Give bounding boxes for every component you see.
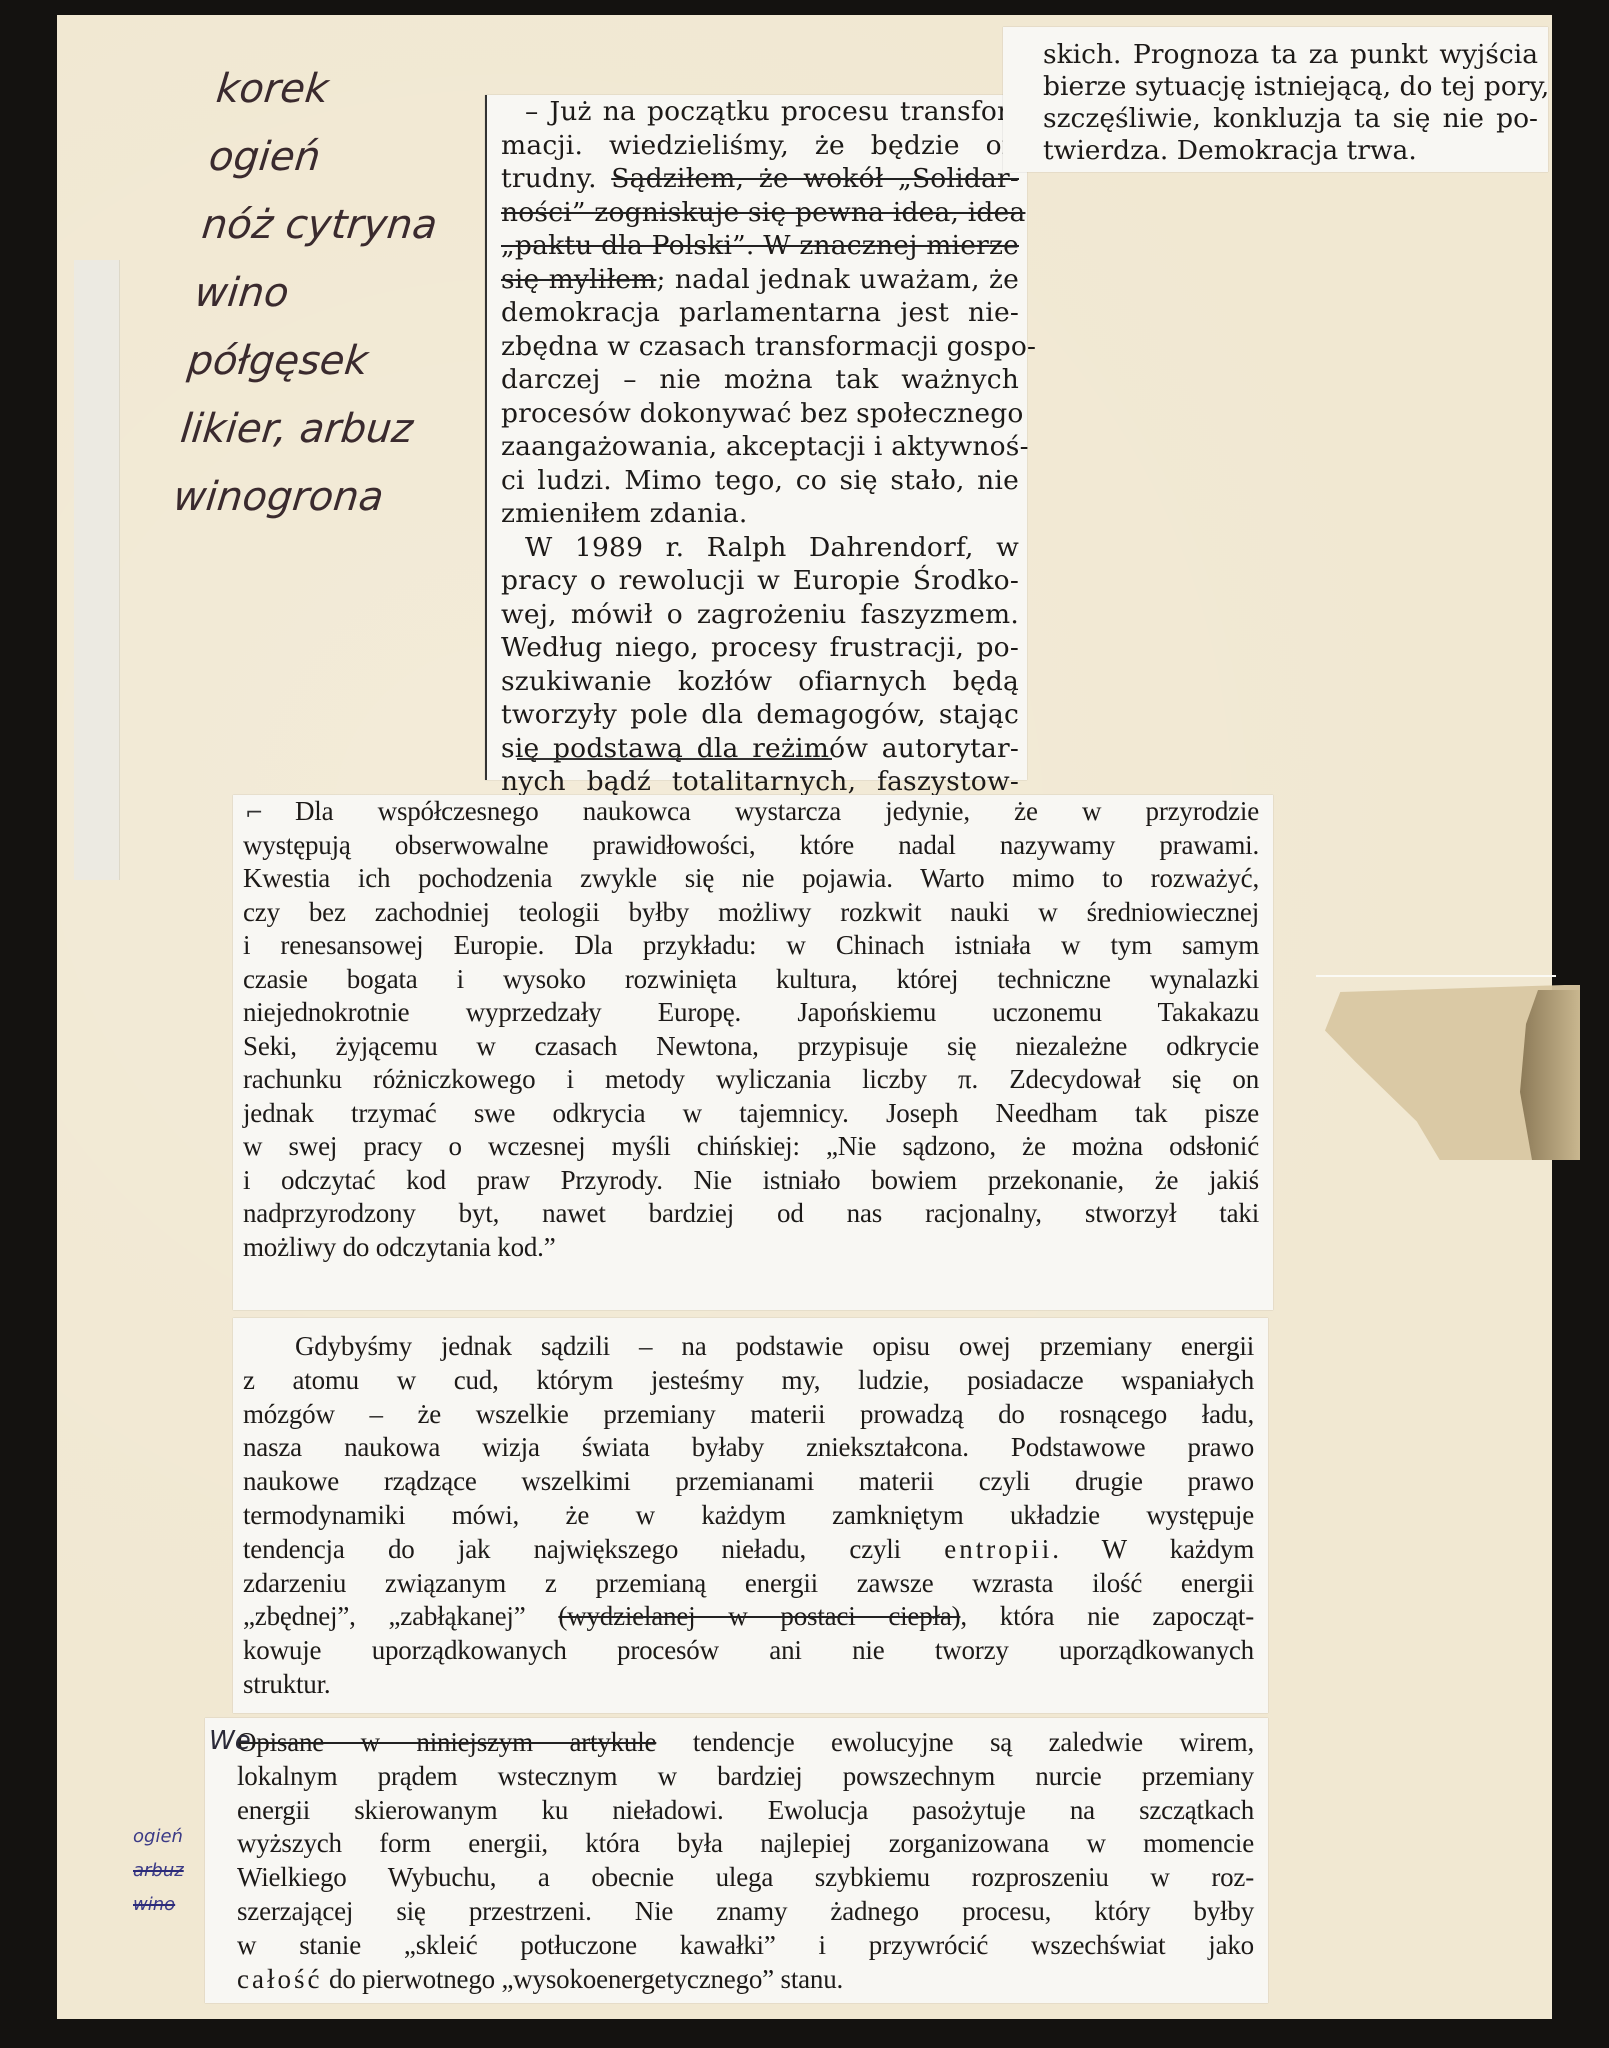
struck-text: Opisane w niniejszym artykule (237, 1727, 656, 1757)
text-line: procesów dokonywać bez społecznego (501, 397, 1019, 431)
text-line: trudny. Sądziłem, że wokół „Solidar- (501, 162, 1019, 196)
text-line: szerzającej się przestrzeni. Nie znamy ż… (237, 1895, 1254, 1929)
text-segment: . W każdym (1052, 1534, 1254, 1564)
column-end-rule (517, 758, 832, 760)
text-line: się myliłem; nadal jednak uważam, że (501, 263, 1019, 297)
handwritten-item: półgęsek (184, 327, 426, 395)
text-line: i odczytać kod praw Przyrody. Nie istnia… (243, 1164, 1259, 1198)
text-segment: kowuje uporządkowanych procesów ani nie … (243, 1635, 1254, 1665)
text-segment: całość (237, 1964, 322, 1994)
text-line: ci ludzi. Mimo tego, co się stało, nie (501, 464, 1019, 498)
handwritten-item: winogrona (170, 463, 412, 531)
text-line: naukowe rządzące wszelkimi przemianami m… (243, 1465, 1254, 1499)
clipping-entropy: Gdybyśmy jednak sądzili – na podstawie o… (233, 1318, 1268, 1713)
text-segment: demokracja parlamentarna jest nie- (501, 297, 1019, 328)
text-segment: lokalnym prądem wstecznym w bardziej pow… (237, 1761, 1254, 1791)
text-segment: termodynamiki mówi, że w każdym zamknięt… (243, 1500, 1254, 1530)
text-line: i renesansowej Europie. Dla przykładu: w… (243, 929, 1259, 963)
text-line: Według niego, procesy frustracji, po- (501, 631, 1019, 665)
text-line: wej, mówił o zagrożeniu faszyzmem. (501, 598, 1019, 632)
margin-note-struck: arbuz (133, 1854, 184, 1888)
text-line: nasza naukowa wizja świata byłaby znieks… (243, 1431, 1254, 1465)
text-segment: trudny. (501, 163, 611, 194)
text-line: czy bez zachodniej teologii byłby możliw… (243, 896, 1259, 930)
clipping-interview-column: – Już na początku procesu transfor-macji… (485, 95, 1027, 780)
text-line: Dla współczesnego naukowca wystarcza jed… (243, 795, 1259, 829)
text-line: czasie bogata i wysoko rozwinięta kultur… (243, 963, 1259, 997)
text-line: kowuje uporządkowanych procesów ani nie … (243, 1634, 1254, 1668)
text-line: struktur. (243, 1668, 1254, 1702)
text-segment: zbędna w czasach transformacji gospo- (501, 331, 1036, 362)
text-segment: tendencja do jak największego nieładu, c… (243, 1534, 944, 1564)
text-segment: nasza naukowa wizja świata byłaby znieks… (243, 1432, 1254, 1462)
text-line: nych bądź totalitarnych, faszystow- (501, 765, 1019, 799)
text-line: Opisane w niniejszym artykule tendencje … (237, 1726, 1254, 1760)
clipping-text: Gdybyśmy jednak sądzili – na podstawie o… (233, 1318, 1268, 1702)
text-segment: szerzającej się przestrzeni. Nie znamy ż… (237, 1896, 1254, 1926)
text-segment: pracy o rewolucji w Europie Środko- (501, 565, 1019, 596)
text-line: darczej – nie można tak ważnych (501, 363, 1019, 397)
text-line: szukiwanie kozłów ofiarnych będą (501, 665, 1019, 699)
text-line: zbędna w czasach transformacji gospo- (501, 330, 1019, 364)
text-line: skich. Prognoza ta za punkt wyjścia (1043, 39, 1538, 71)
text-segment: z atomu w cud, którym jesteśmy my, ludzi… (243, 1365, 1254, 1395)
text-segment: wyższych form energii, która była najlep… (237, 1828, 1254, 1858)
text-line: Seki, żyjącemu w czasach Newtona, przypi… (243, 1030, 1259, 1064)
clipping-text: Dla współczesnego naukowca wystarcza jed… (233, 795, 1273, 1264)
text-segment: W 1989 r. Ralph Dahrendorf, w (525, 532, 1019, 563)
text-segment: szukiwanie kozłów ofiarnych będą (501, 666, 1019, 697)
handwritten-item: likier, arbuz (177, 395, 419, 463)
text-line: „zbędnej”, „zabłąkanej” (wydzielanej w p… (243, 1600, 1254, 1634)
text-line: zmieniłem zdania. (501, 497, 1019, 531)
text-line: niejednokrotnie wyprzedzały Europę. Japo… (243, 996, 1259, 1030)
text-line: tworzyły pole dla demagogów, stając (501, 698, 1019, 732)
margin-note-struck: wino (133, 1888, 184, 1922)
text-segment: tworzyły pole dla demagogów, stając (501, 699, 1019, 730)
text-segment: wej, mówił o zagrożeniu faszyzmem. (501, 599, 1019, 630)
text-line: twierdza. Demokracja trwa. (1043, 135, 1538, 167)
text-line: tendencja do jak największego nieładu, c… (243, 1533, 1254, 1567)
text-segment: Według niego, procesy frustracji, po- (501, 632, 1019, 663)
text-segment: naukowe rządzące wszelkimi przemianami m… (243, 1466, 1254, 1496)
text-line: demokracja parlamentarna jest nie- (501, 296, 1019, 330)
text-segment: „zbędnej”, „zabłąkanej” (243, 1601, 558, 1631)
text-line: – Już na początku procesu transfor- (501, 95, 1019, 129)
text-line: Wielkiego Wybuchu, a obecnie ulega szybk… (237, 1861, 1254, 1895)
struck-text: „paktu dla Polski”. W znacznej mierze (501, 230, 1019, 261)
text-segment: zdarzeniu związanym z przemianą energii … (243, 1568, 1254, 1598)
clipping-text: skich. Prognoza ta za punkt wyjścia bier… (1003, 27, 1548, 167)
text-line: „paktu dla Polski”. W znacznej mierze (501, 229, 1019, 263)
clipping-science-theology: ⌐ Dla współczesnego naukowca wystarcza j… (233, 795, 1273, 1310)
text-segment: – Już na początku procesu transfor- (525, 96, 1019, 127)
text-segment: mózgów – że wszelkie przemiany materii p… (243, 1399, 1254, 1429)
text-segment: macji. wiedzieliśmy, że będzie on (501, 130, 1019, 161)
text-line: całość do pierwotnego „wysokoenergetyczn… (237, 1963, 1254, 1997)
text-line: mózgów – że wszelkie przemiany materii p… (243, 1398, 1254, 1432)
text-segment: Wielkiego Wybuchu, a obecnie ulega szybk… (237, 1862, 1254, 1892)
struck-text: ności” zogniskuje się pewna idea, idea (501, 197, 1025, 228)
text-segment: ci ludzi. Mimo tego, co się stało, nie (501, 465, 1019, 496)
text-segment: zmieniłem zdania. (501, 498, 748, 529)
clipping-text: Opisane w niniejszym artykule tendencje … (205, 1718, 1268, 1996)
text-line: Kwestia ich pochodzenia zwykle się nie p… (243, 862, 1259, 896)
text-segment: w stanie „skleić potłuczone kawałki” i p… (237, 1930, 1254, 1960)
text-line: ności” zogniskuje się pewna idea, idea (501, 196, 1019, 230)
text-line: rachunku różniczkowego i metody wyliczan… (243, 1063, 1259, 1097)
paragraph-mark-icon: ⌐ (245, 801, 263, 826)
text-line: z atomu w cud, którym jesteśmy my, ludzi… (243, 1364, 1254, 1398)
text-segment: nych bądź totalitarnych, faszystow- (501, 766, 1019, 797)
handwritten-item: nóż cytryna (199, 191, 441, 259)
text-line: bierze sytuację istniejącą, do tej pory, (1043, 71, 1538, 103)
text-line: zdarzeniu związanym z przemianą energii … (243, 1567, 1254, 1601)
text-line: macji. wiedzieliśmy, że będzie on (501, 129, 1019, 163)
text-line: w swej pracy o wczesnej myśli chińskiej:… (243, 1130, 1259, 1164)
clipping-continuation: skich. Prognoza ta za punkt wyjścia bier… (1003, 27, 1548, 172)
text-line: termodynamiki mówi, że w każdym zamknięt… (243, 1499, 1254, 1533)
text-segment: entropii (944, 1534, 1052, 1564)
text-segment: do pierwotnego „wysokoenergetycznego” st… (322, 1964, 843, 1994)
struck-text: się myliłem (501, 264, 656, 295)
struck-text: Sądziłem, że wokół „Solidar- (611, 163, 1019, 194)
text-segment: procesów dokonywać bez społecznego (501, 398, 1024, 429)
handwritten-list: korek ogień nóż cytryna wino półgęsek li… (170, 55, 455, 531)
paper-fold (1316, 975, 1556, 977)
text-segment: zaangażowania, akceptacji i aktywnoś- (501, 431, 1029, 462)
handwritten-insert: We (209, 1726, 251, 1756)
text-line: Gdybyśmy jednak sądzili – na podstawie o… (243, 1330, 1254, 1364)
text-line: lokalnym prądem wstecznym w bardziej pow… (237, 1760, 1254, 1794)
text-segment: darczej – nie można tak ważnych (501, 364, 1019, 395)
text-segment: tendencje ewolucyjne są zaledwie wirem, (656, 1727, 1254, 1757)
torn-paper-strip (74, 260, 120, 880)
text-segment: ; nadal jednak uważam, że (656, 264, 1019, 295)
handwritten-item: ogień (206, 123, 448, 191)
margin-note: ogień (133, 1820, 184, 1854)
text-line: W 1989 r. Ralph Dahrendorf, w (501, 531, 1019, 565)
text-segment: energii skierowanym ku nieładowi. Ewoluc… (237, 1795, 1254, 1825)
text-line: występują obserwowalne prawidłowości, kt… (243, 829, 1259, 863)
text-line: jednak trzymać swe odkrycia w tajemnicy.… (243, 1097, 1259, 1131)
text-segment: Gdybyśmy jednak sądzili – na podstawie o… (295, 1331, 1254, 1361)
text-line: energii skierowanym ku nieładowi. Ewoluc… (237, 1794, 1254, 1828)
text-line: zaangażowania, akceptacji i aktywnoś- (501, 430, 1019, 464)
text-line: nadprzyrodzony byt, nawet bardziej od na… (243, 1197, 1259, 1231)
text-line: szczęśliwie, konkluzja ta się nie po- (1043, 103, 1538, 135)
clipping-text: – Już na początku procesu transfor-macji… (487, 95, 1027, 799)
text-line: w stanie „skleić potłuczone kawałki” i p… (237, 1929, 1254, 1963)
handwritten-item: wino (191, 259, 433, 327)
text-line: możliwy do odczytania kod.” (243, 1231, 1259, 1265)
text-segment: struktur. (243, 1669, 330, 1699)
text-line: pracy o rewolucji w Europie Środko- (501, 564, 1019, 598)
text-segment: , która nie zapocząt- (960, 1601, 1254, 1631)
blue-margin-notes: ogień arbuz wino (133, 1820, 184, 1922)
struck-text: (wydzielanej w postaci ciepła) (558, 1601, 960, 1631)
adhesive-tape-edge (1520, 990, 1580, 1160)
handwritten-item: korek (213, 55, 455, 123)
text-line: wyższych form energii, która była najlep… (237, 1827, 1254, 1861)
clipping-evolution: We Opisane w niniejszym artykule tendenc… (205, 1718, 1268, 2003)
